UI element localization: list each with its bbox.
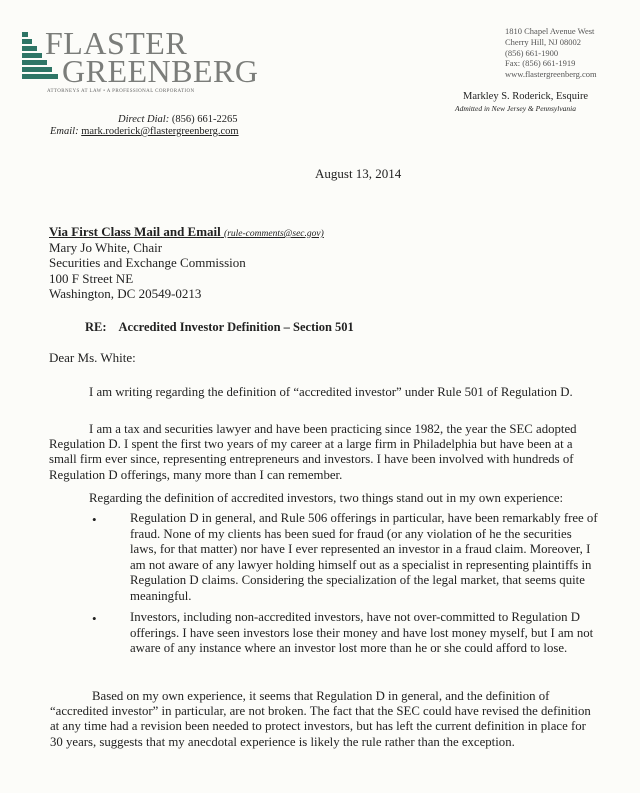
attorney-name: Markley S. Roderick, Esquire	[463, 91, 588, 102]
address-line: Cherry Hill, NJ 08002	[505, 37, 597, 48]
paragraph: Regarding the definition of accredited i…	[89, 491, 634, 506]
fax-line: Fax: (856) 661-1919	[505, 58, 597, 69]
bullet-item: Investors, including non-accredited inve…	[130, 610, 600, 657]
recipient-line: 100 F Street NE	[49, 271, 246, 286]
direct-dial: Direct Dial: (856) 661-2265	[118, 114, 237, 125]
salutation: Dear Ms. White:	[49, 350, 136, 366]
phone-line: (856) 661-1900	[505, 48, 597, 59]
re-subject: Accredited Investor Definition – Section…	[119, 320, 354, 334]
email-label: Email:	[50, 126, 79, 137]
paragraph: I am writing regarding the definition of…	[89, 385, 634, 400]
bullet-icon: •	[92, 512, 97, 528]
email-link[interactable]: mark.roderick@flastergreenberg.com	[81, 126, 238, 137]
website-link[interactable]: www.flastergreenberg.com	[505, 69, 597, 80]
paragraph: I am a tax and securities lawyer and hav…	[49, 422, 594, 483]
delivery-email[interactable]: (rule-comments@sec.gov)	[224, 229, 324, 239]
recipient-block: Mary Jo White, Chair Securities and Exch…	[49, 240, 246, 302]
recipient-line: Washington, DC 20549-0213	[49, 286, 246, 301]
subject-line: RE:Accredited Investor Definition – Sect…	[85, 320, 354, 335]
paragraph: Based on my own experience, it seems tha…	[50, 689, 600, 750]
delivery-label: Via First Class Mail and Email	[49, 224, 221, 239]
recipient-line: Securities and Exchange Commission	[49, 255, 246, 270]
bullet-icon: •	[92, 611, 97, 627]
direct-dial-number: (856) 661-2265	[172, 114, 238, 125]
re-label: RE:	[85, 320, 107, 334]
delivery-method: Via First Class Mail and Email (rule-com…	[49, 224, 324, 240]
address-line: 1810 Chapel Avenue West	[505, 26, 597, 37]
firm-tagline: Attorneys at Law • A Professional Corpor…	[47, 89, 195, 94]
firm-name-line2: Greenberg	[62, 55, 259, 87]
letter-date: August 13, 2014	[315, 166, 401, 182]
firm-address: 1810 Chapel Avenue West Cherry Hill, NJ …	[505, 26, 597, 80]
recipient-line: Mary Jo White, Chair	[49, 240, 246, 255]
direct-dial-label: Direct Dial:	[118, 114, 169, 125]
bullet-item: Regulation D in general, and Rule 506 of…	[130, 511, 600, 604]
admitted-note: Admitted in New Jersey & Pennsylvania	[455, 104, 576, 113]
email-line: Email: mark.roderick@flastergreenberg.co…	[50, 126, 239, 137]
